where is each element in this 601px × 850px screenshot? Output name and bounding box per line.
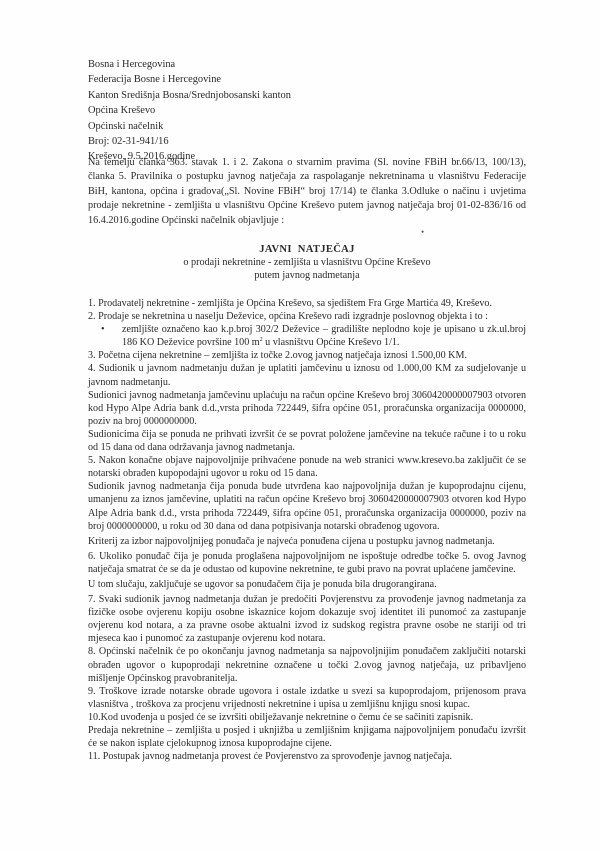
clause-9: 9. Troškove izrade notarske obrade ugovo… [88, 685, 526, 711]
notice-subtitle-1: o prodaji nekretnine - zemljišta u vlasn… [88, 256, 526, 269]
notice-title: JAVNI NATJEČAJ [88, 243, 526, 256]
clause-5: 5. Nakon konačne objave najpovoljnije pr… [88, 454, 526, 480]
clause-4-refund: Sudionicima čija se ponuda ne prihvati i… [88, 428, 526, 454]
clause-11: 11. Postupak javnog nadmetanja provest ć… [88, 750, 526, 763]
clause-2-bullet-item: • zemljište označeno kao k.p.broj 302/2 … [88, 323, 526, 349]
clause-4: 4. Sudionik u javnom nadmetanju dužan je… [88, 362, 526, 388]
legal-basis-paragraph: Na temelju članka 363. stavak 1. i 2. Za… [88, 156, 526, 228]
clause-8: 8. Općinski načelnik će po okončanju jav… [88, 645, 526, 684]
clause-5-criterion: Kriterij za izbor najpovoljnijeg ponuđač… [88, 535, 526, 548]
header-line-canton: Kanton Središnja Bosna/Srednjobosanski k… [88, 88, 291, 103]
clause-1: 1. Prodavatelj nekretnine - zemljišta je… [88, 297, 526, 310]
notice-subtitle-2: putem javnog nadmetanja [88, 269, 526, 282]
clause-6: 6. Ukoliko ponuđač čija je ponuda progla… [88, 550, 526, 576]
header-line-office: Općinski načelnik [88, 119, 291, 134]
header-line-reference-number: Broj: 02-31-941/16 [88, 134, 291, 149]
header-line-country: Bosna i Hercegovina [88, 57, 291, 72]
header-line-municipality: Općina Kreševo [88, 103, 291, 118]
issuer-header: Bosna i Hercegovina Federacija Bosne i H… [88, 57, 291, 165]
notice-title-block: JAVNI NATJEČAJ o prodaji nekretnine - ze… [88, 243, 526, 282]
clause-10: 10.Kod uvođenja u posjed će se izvršiti … [88, 711, 526, 724]
intro-text: Na temelju članka 363. stavak 1. i 2. Za… [88, 156, 526, 228]
bullet-icon: • [101, 323, 105, 336]
notice-body: 1. Prodavatelj nekretnine - zemljišta je… [88, 297, 526, 763]
clause-7: 7. Svaki sudionik javnog nadmetanja duža… [88, 593, 526, 645]
scan-artifact-dot: • [421, 227, 424, 237]
clause-10-handover: Predaja nekretnine – zemljišta u posjed … [88, 724, 526, 750]
clause-5-payment: Sudionik javnog nadmetanja čija ponuda b… [88, 480, 526, 532]
clause-3: 3. Početna cijena nekretnine – zemljišta… [88, 349, 526, 362]
square-meter-superscript: 2 [260, 337, 263, 343]
clause-6-fallback: U tom slučaju, zaključuje se ugovor sa p… [88, 578, 526, 591]
document-page: Bosna i Hercegovina Federacija Bosne i H… [0, 0, 601, 850]
clause-4-payment: Sudionici javnog nadmetanja jamčevinu up… [88, 389, 526, 428]
header-line-federation: Federacija Bosne i Hercegovine [88, 72, 291, 87]
clause-2: 2. Prodaje se nekretnina u naselju Dežev… [88, 310, 526, 323]
bullet-text-part-b: u vlasništvu Općine Kreševo 1/1. [263, 337, 400, 348]
